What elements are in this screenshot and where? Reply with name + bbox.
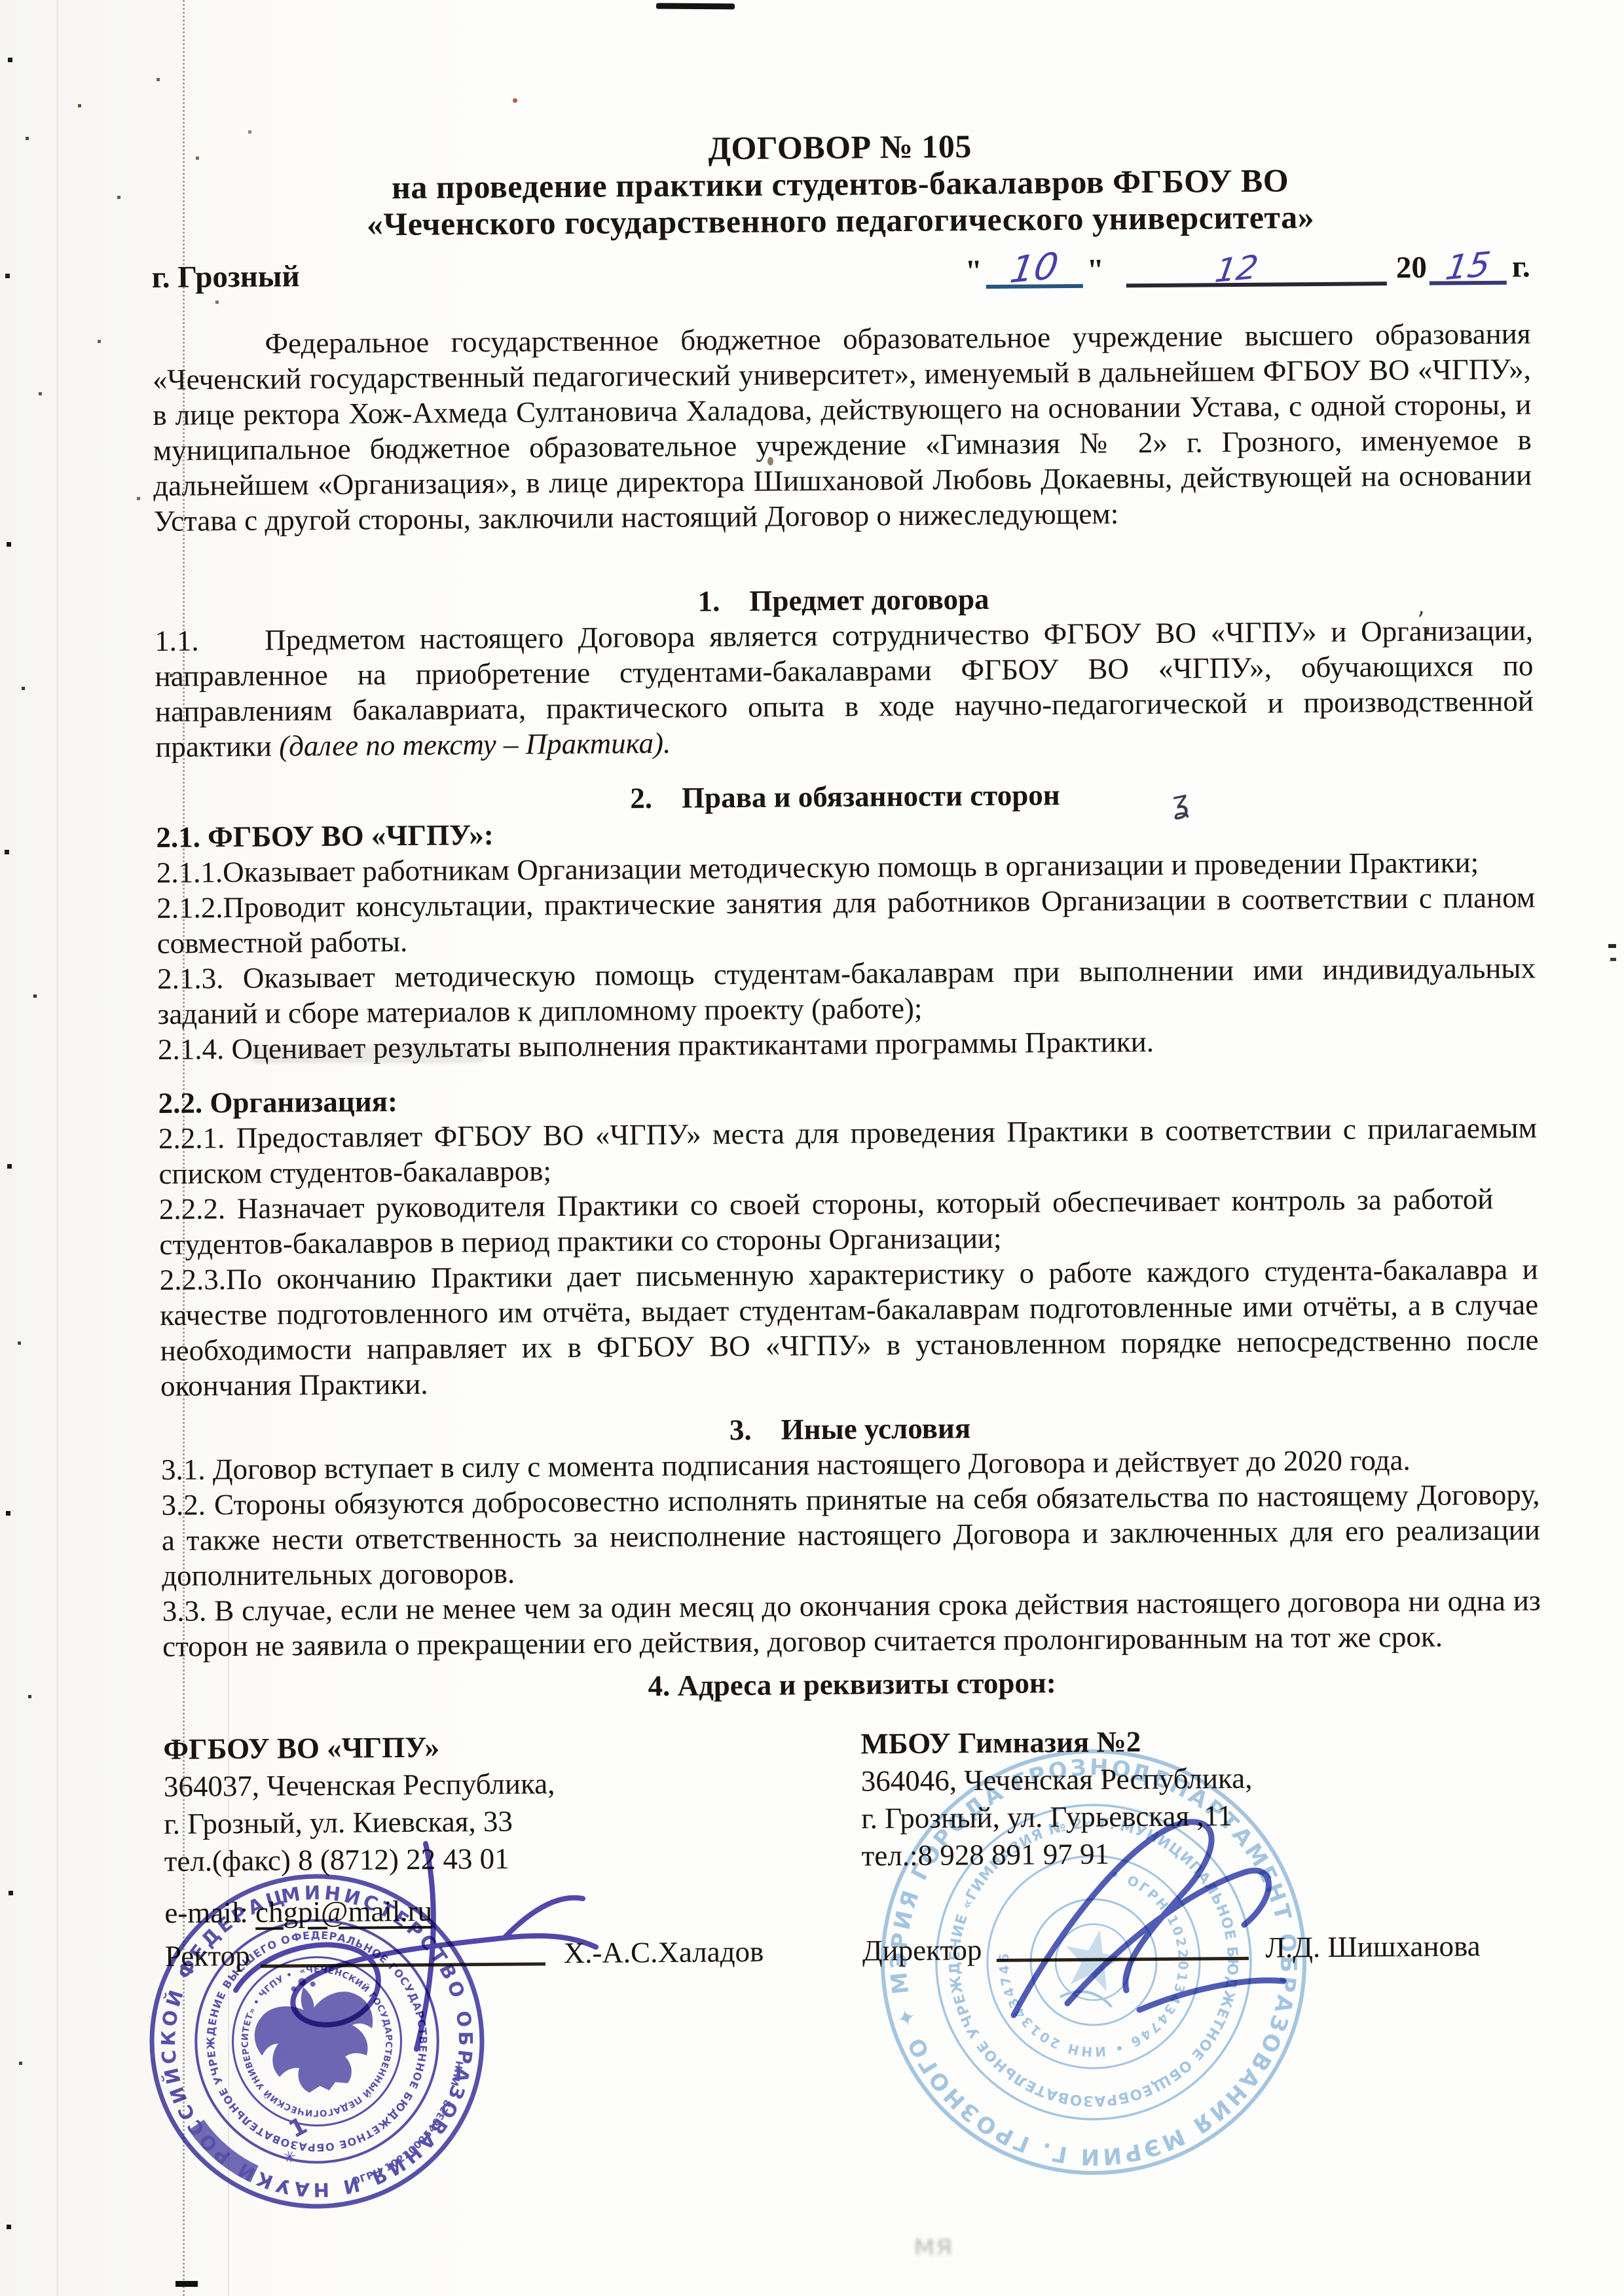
year-suffix: г. <box>1512 249 1530 284</box>
year-prefix: 20 <box>1396 250 1427 285</box>
scan-bottom-dash <box>175 2281 198 2287</box>
gray-ink-smudge: мя <box>913 2229 953 2262</box>
preamble-paragraph: Федеральное государственное бюджетное об… <box>152 316 1532 539</box>
document-title: ДОГОВОР № 105 на проведение практики сту… <box>151 123 1530 244</box>
clause-1-1: 1.1.Предметом настоящего Договора являет… <box>155 612 1534 765</box>
city-date-row: г. Грозный " 10 " 12 20 15 г. <box>151 246 1530 295</box>
handwritten-day: 10 <box>1008 253 1060 284</box>
open-quote: " <box>965 253 982 289</box>
clause-2-1-2: 2.1.2.Проводит консультации, практически… <box>157 879 1536 961</box>
clause-1-1-italic: (далее по тексту – Практика). <box>279 727 671 763</box>
clause-number: 1.1. <box>155 623 265 659</box>
clause-2-1-3: 2.1.3. Оказывает методическую помощь сту… <box>157 950 1536 1032</box>
day-blank: 10 <box>986 249 1083 289</box>
clause-3-2: 3.2. Стороны обязуются добросовестно исп… <box>161 1476 1540 1594</box>
month-blank: 12 <box>1126 246 1387 287</box>
clause-2-2-2: 2.2.2. Назначает руководителя Практики с… <box>159 1180 1538 1262</box>
scan-right-dash <box>1608 944 1616 948</box>
clause-2-2-1: 2.2.1. Предоставляет ФГБОУ ВО «ЧГПУ» мес… <box>158 1110 1538 1192</box>
document-body: ДОГОВОР № 105 на проведение практики сту… <box>151 123 1543 1973</box>
scan-top-dash <box>656 3 735 10</box>
city-label: г. Грозный <box>152 259 300 295</box>
university-name: ФГБОУ ВО «ЧГПУ» <box>163 1726 860 1768</box>
date-fill-in: " 10 " 12 20 15 г. <box>965 245 1530 289</box>
scan-edge-line <box>56 0 58 2296</box>
director-signature <box>968 1793 1321 2061</box>
clause-2-2-3: 2.2.3.По окончанию Практики дает письмен… <box>160 1251 1540 1404</box>
handwritten-month: 12 <box>1214 255 1260 283</box>
scan-red-speck <box>513 98 517 103</box>
scan-noise-specks <box>0 0 2 2</box>
section-4-heading: 4. Адреса и реквизиты сторон: <box>162 1661 1541 1707</box>
year-blank: 15 <box>1430 246 1507 285</box>
clause-3-3: 3.3. В случае, если не менее чем за один… <box>162 1582 1541 1664</box>
scan-right-dash <box>1610 958 1616 961</box>
rector-signature <box>195 1825 614 2107</box>
close-quote: " <box>1087 253 1105 288</box>
scanned-contract-page: ʓ ’͵ мя ДОГОВОР № 105 на проведение прак… <box>0 0 1624 2296</box>
university-postcode: 364037, Чеченская Республика, <box>164 1763 861 1806</box>
handwritten-year: 15 <box>1444 252 1492 281</box>
